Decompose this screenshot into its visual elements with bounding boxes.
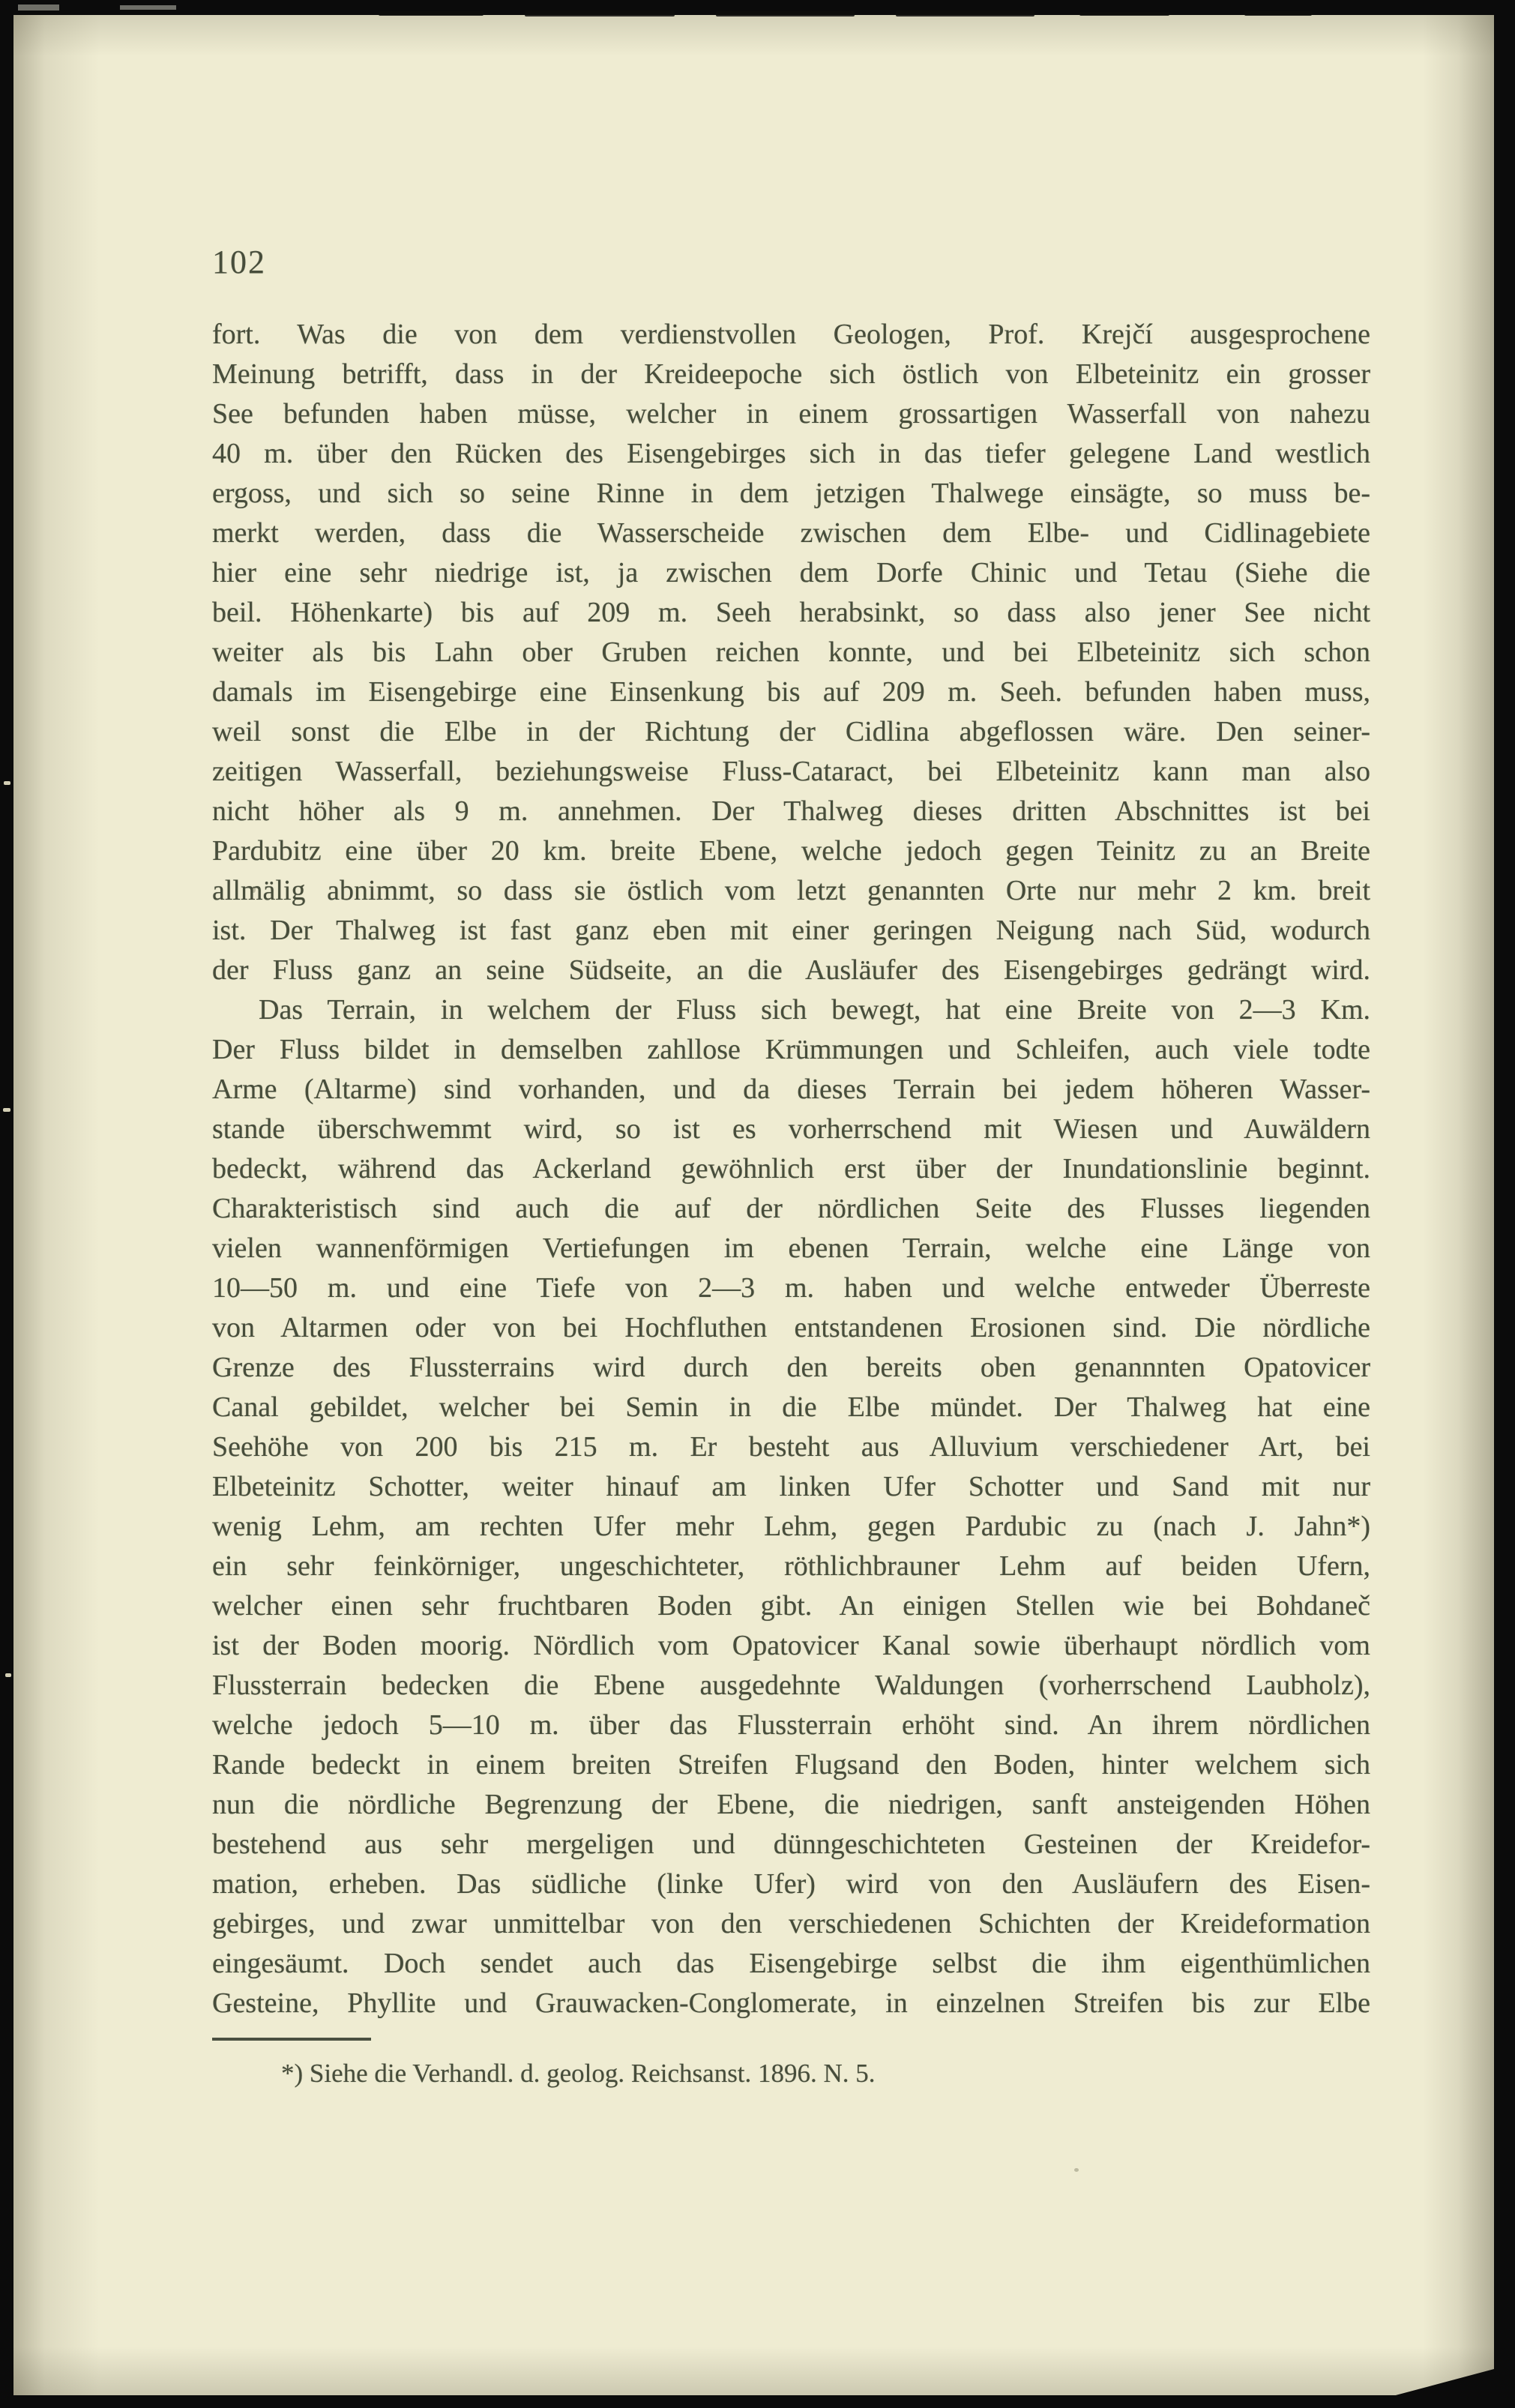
scan-artifact [18,4,59,10]
body-text: fort. Was die von dem verdienstvollen Ge… [212,315,1370,2023]
text-line: allmälig abnimmt, so dass sie östlich vo… [212,871,1370,911]
scan-artifact [120,5,176,10]
text-line: Canal gebildet, welcher bei Semin in die… [212,1388,1370,1427]
scan-border-right [1494,0,1515,2408]
text-line: fort. Was die von dem verdienstvollen Ge… [212,315,1370,355]
scan-artifact [1244,11,1312,16]
text-line: der Fluss ganz an seine Südseite, an die… [212,951,1370,990]
text-line: 40 m. über den Rücken des Eisengebirges … [212,434,1370,474]
text-line: eingesäumt. Doch sendet auch das Eisenge… [212,1944,1370,1984]
footnote-rule [212,2038,371,2041]
text-line: Der Fluss bildet in demselben zahllose K… [212,1030,1370,1070]
scan-border-bottom [0,2395,1515,2408]
scan-speck [873,737,877,741]
text-line: Grenze des Flussterrains wird durch den … [212,1348,1370,1388]
text-line: nicht höher als 9 m. annehmen. Der Thalw… [212,792,1370,831]
text-line: Flussterrain bedecken die Ebene ausgedeh… [212,1666,1370,1706]
text-line: zeitigen Wasserfall, beziehungsweise Flu… [212,752,1370,792]
text-line: beil. Höhenkarte) bis auf 209 m. Seeh he… [212,593,1370,633]
scan-artifact [1079,12,1169,16]
text-line: nun die nördliche Begrenzung der Ebene, … [212,1785,1370,1825]
text-line: Meinung betrifft, dass in der Kreideepoc… [212,355,1370,394]
text-line: bedeckt, während das Ackerland gewöhnlic… [212,1149,1370,1189]
text-line: damals im Eisengebirge eine Einsenkung b… [212,672,1370,712]
scan-artifact [716,11,855,16]
text-line: ist der Boden moorig. Nördlich vom Opato… [212,1626,1370,1666]
scan-artifact [525,10,675,16]
scan-artifact [4,781,10,785]
text-line: See befunden haben müsse, welcher in ein… [212,394,1370,434]
text-line: 10—50 m. und eine Tiefe von 2—3 m. haben… [212,1268,1370,1308]
scan-speck [1074,2168,1079,2172]
scan-artifact [5,1673,11,1677]
scan-speck [252,886,256,893]
footnote-text: *) Siehe die Verhandl. d. geolog. Reichs… [281,2059,876,2089]
text-line: Pardubitz eine über 20 km. breite Ebene,… [212,831,1370,871]
text-line: merkt werden, dass die Wasserscheide zwi… [212,514,1370,553]
text-line: ein sehr feinkörniger, ungeschichteter, … [212,1547,1370,1586]
text-line: gebirges, und zwar unmittelbar von den v… [212,1904,1370,1944]
text-line: welcher einen sehr fruchtbaren Boden gib… [212,1586,1370,1626]
text-line: welche jedoch 5—10 m. über das Flussterr… [212,1706,1370,1745]
text-line: stande überschwemmt wird, so ist es vorh… [212,1110,1370,1149]
text-line: weil sonst die Elbe in der Richtung der … [212,712,1370,752]
text-line: bestehend aus sehr mergeligen und dünnge… [212,1825,1370,1864]
text-line: weiter als bis Lahn ober Gruben reichen … [212,633,1370,672]
text-line: Gesteine, Phyllite und Grauwacken-Conglo… [212,1984,1370,2023]
text-line: von Altarmen oder von bei Hochfluthen en… [212,1308,1370,1348]
text-line: Elbeteinitz Schotter, weiter hinauf am l… [212,1467,1370,1507]
scan-artifact [896,10,1034,16]
text-line: Charakteristisch sind auch die auf der n… [212,1189,1370,1229]
text-line: vielen wannenförmigen Vertiefungen im eb… [212,1229,1370,1268]
text-line: mation, erheben. Das südliche (linke Ufe… [212,1864,1370,1904]
book-page: 102 fort. Was die von dem verdienstvolle… [13,15,1494,2395]
text-line: ist. Der Thalweg ist fast ganz eben mit … [212,911,1370,951]
text-line: Seehöhe von 200 bis 215 m. Er besteht au… [212,1427,1370,1467]
text-line: wenig Lehm, am rechten Ufer mehr Lehm, g… [212,1507,1370,1547]
page-number: 102 [212,243,266,281]
text-line: ergoss, und sich so seine Rinne in dem j… [212,474,1370,514]
text-line: Rande bedeckt in einem breiten Streifen … [212,1745,1370,1785]
scanned-document: 102 fort. Was die von dem verdienstvolle… [0,0,1515,2408]
scan-artifact [379,11,484,16]
text-line: Arme (Altarme) sind vorhanden, und da di… [212,1070,1370,1110]
scan-artifact [3,1108,10,1112]
scan-border-left [0,0,13,2408]
text-line: hier eine sehr niedrige ist, ja zwischen… [212,553,1370,593]
text-line: Das Terrain, in welchem der Fluss sich b… [212,990,1370,1030]
